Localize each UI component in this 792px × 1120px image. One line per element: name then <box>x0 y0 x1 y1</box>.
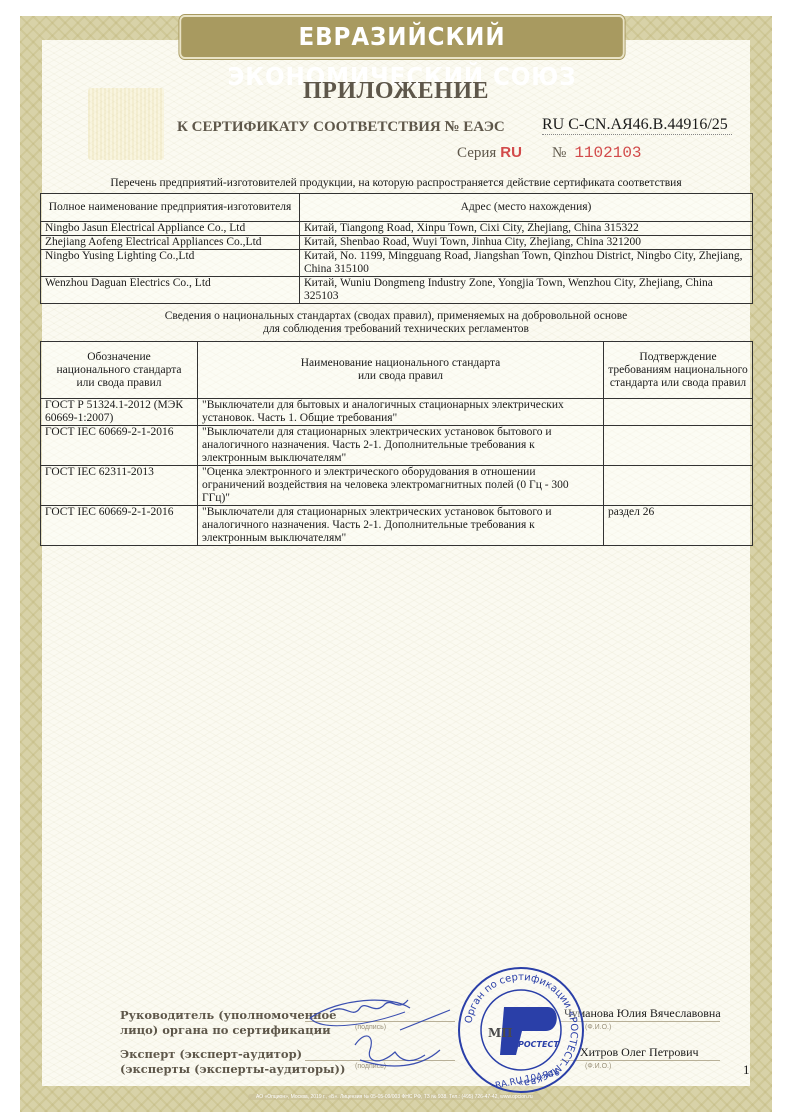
table-row: Zhejiang Aofeng Electrical Appliances Co… <box>41 236 753 250</box>
expert-name: Хитров Олег Петрович <box>580 1045 699 1060</box>
stamp-mp: МП <box>488 1026 513 1040</box>
expert-fio-hint: (Ф.И.О.) <box>585 1063 611 1070</box>
stamp-brand: РОСТЕСТ <box>518 1040 559 1049</box>
table-row: Wenzhou Daguan Electrics Co., Ltd Китай,… <box>41 277 753 304</box>
column-header-confirmation: Подтверждение требованиям национального … <box>604 342 753 399</box>
column-header-name: Наименование национального стандарта или… <box>198 342 604 399</box>
column-header-code: Обозначение национального стандарта или … <box>41 342 198 399</box>
series-label: Серия <box>457 145 496 161</box>
standard-confirmation <box>604 426 753 466</box>
manufacturer-name: Wenzhou Daguan Electrics Co., Ltd <box>41 277 300 304</box>
certificate-number: RU C-CN.АЯ46.В.44916/25 <box>542 116 732 135</box>
standard-confirmation: раздел 26 <box>604 506 753 546</box>
head-name: Чуманова Юлия Вячеславовна <box>564 1006 721 1021</box>
column-header-address: Адрес (место нахождения) <box>300 194 753 222</box>
blank-number-value: 1102103 <box>574 144 641 162</box>
standard-name: "Выключатели для стационарных электричес… <box>198 426 604 466</box>
manufacturer-name: Ningbo Jasun Electrical Appliance Co., L… <box>41 222 300 236</box>
manufacturer-address: Китай, Tiangong Road, Xinpu Town, Cixi C… <box>300 222 753 236</box>
manufacturers-caption: Перечень предприятий-изготовителей проду… <box>40 177 752 190</box>
blank-number: №1102103 <box>552 144 642 162</box>
manufacturer-name: Ningbo Yusing Lighting Co.,Ltd <box>41 250 300 277</box>
table-header-row: Полное наименование предприятия-изготови… <box>41 194 753 222</box>
table-row: Ningbo Yusing Lighting Co.,Ltd Китай, No… <box>41 250 753 277</box>
manufacturer-name: Zhejiang Aofeng Electrical Appliances Co… <box>41 236 300 250</box>
series: СерияRU <box>457 144 522 162</box>
head-fio-hint: (Ф.И.О.) <box>585 1024 611 1031</box>
standard-name: "Выключатели для стационарных электричес… <box>198 506 604 546</box>
series-value: RU <box>500 144 522 161</box>
table-row: ГОСТ IEC 60669-2-1-2016 "Выключатели для… <box>41 426 753 466</box>
standard-code: ГОСТ IEC 60669-2-1-2016 <box>41 506 198 546</box>
standard-confirmation <box>604 466 753 506</box>
blank-number-label: № <box>552 145 566 161</box>
union-banner: ЕВРАЗИЙСКИЙ ЭКОНОМИЧЕСКИЙ СОЮЗ <box>179 15 624 59</box>
standards-caption: Сведения о национальных стандартах (свод… <box>40 310 752 336</box>
standard-name: "Выключатели для бытовых и аналогичных с… <box>198 399 604 426</box>
standard-code: ГОСТ Р 51324.1-2012 (МЭК 60669-1:2007) <box>41 399 198 426</box>
manufacturer-address: Китай, Wuniu Dongmeng Industry Zone, Yon… <box>300 277 753 304</box>
certificate-label: К СЕРТИФИКАТУ СООТВЕТСТВИЯ № ЕАЭС <box>177 119 505 136</box>
document-title: ПРИЛОЖЕНИЕ <box>0 78 792 105</box>
column-header-name: Полное наименование предприятия-изготови… <box>41 194 300 222</box>
page-number: 1 <box>743 1062 750 1078</box>
print-info: АО «Опцион», Москва, 2019 г., «Б». Лицен… <box>248 1094 541 1100</box>
certification-stamp: Орган по сертификации «РОСТЕСТ-Москва» М… <box>456 965 586 1095</box>
table-row: ГОСТ IEC 60669-2-1-2016 "Выключатели для… <box>41 506 753 546</box>
standard-code: ГОСТ IEC 62311-2013 <box>41 466 198 506</box>
standards-caption-line2: для соблюдения требований технических ре… <box>40 323 752 336</box>
table-header-row: Обозначение национального стандарта или … <box>41 342 753 399</box>
manufacturer-address: Китай, No. 1199, Mingguang Road, Jiangsh… <box>300 250 753 277</box>
table-row: Ningbo Jasun Electrical Appliance Co., L… <box>41 222 753 236</box>
standards-caption-line1: Сведения о национальных стандартах (свод… <box>40 310 752 323</box>
standard-code: ГОСТ IEC 60669-2-1-2016 <box>41 426 198 466</box>
table-row: ГОСТ IEC 62311-2013 "Оценка электронного… <box>41 466 753 506</box>
standard-name: "Оценка электронного и электрического об… <box>198 466 604 506</box>
table-row: ГОСТ Р 51324.1-2012 (МЭК 60669-1:2007) "… <box>41 399 753 426</box>
manufacturers-table: Полное наименование предприятия-изготови… <box>40 193 753 304</box>
manufacturer-address: Китай, Shenbao Road, Wuyi Town, Jinhua C… <box>300 236 753 250</box>
standards-table: Обозначение национального стандарта или … <box>40 341 753 546</box>
handwritten-signatures <box>300 990 460 1080</box>
standard-confirmation <box>604 399 753 426</box>
